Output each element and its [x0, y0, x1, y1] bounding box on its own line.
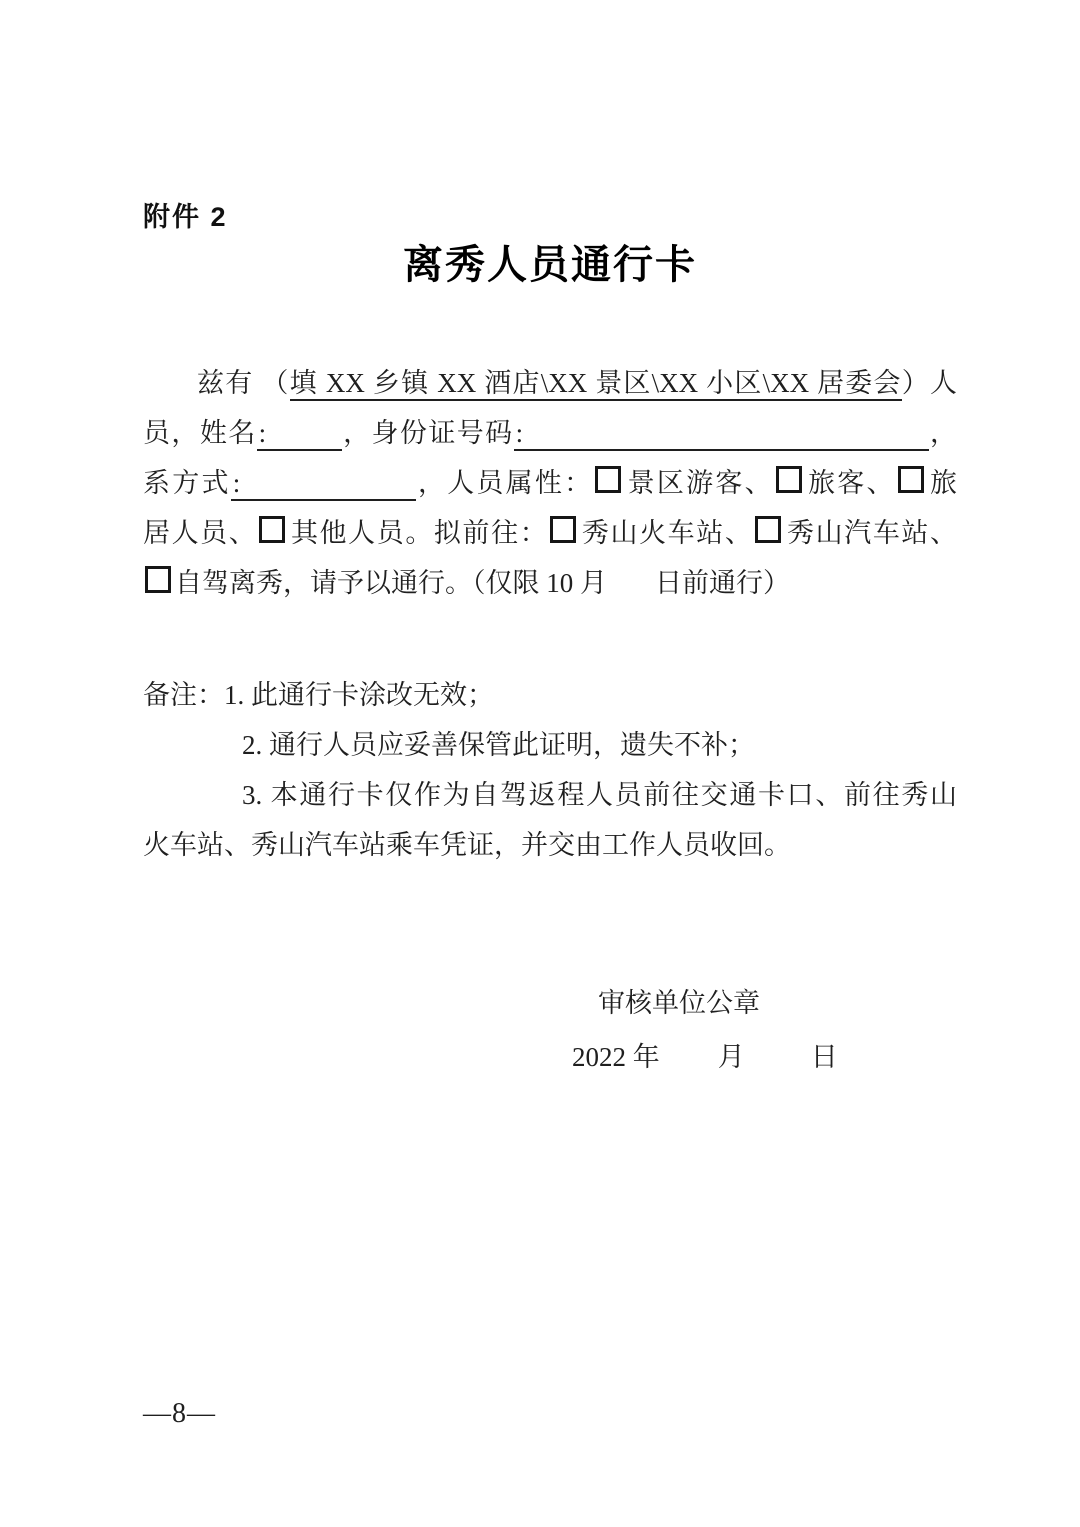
text-run: 秀山汽车站、: [785, 518, 957, 548]
text-run: 2022 年: [572, 1042, 660, 1072]
note-text-line: 2. 通行人员应妥善保管此证明，遗失不补；: [143, 720, 957, 770]
blank-space: [745, 1064, 811, 1066]
text-run: ，身份证号码: [342, 418, 514, 448]
note-text-line: 火车站、秀山汽车站乘车凭证，并交由工作人员收回。: [143, 820, 957, 870]
id-number-blank: :: [514, 418, 929, 451]
text-run: 系方式: [143, 468, 231, 498]
blank-space: [607, 590, 655, 592]
page-number: —8—: [143, 1398, 216, 1430]
form-paragraph: 兹有 （填 XX 乡镇 XX 酒店\XX 景区\XX 小区\XX 居委会）人员，…: [143, 358, 957, 608]
text-run: 员，姓名: [143, 418, 257, 448]
text-run: 其他人员。拟前往：: [289, 518, 548, 548]
text-run: 秀山火车站、: [580, 518, 753, 548]
signature-block: 审核单位公章2022 年月日: [143, 976, 957, 1084]
signature-text-line: 2022 年月日: [143, 1030, 957, 1084]
contact-blank: :: [231, 468, 416, 501]
text-run: 自驾离秀，请予以通行。（仅限 10 月: [175, 568, 607, 598]
checkbox-icon: [755, 516, 781, 543]
form-text-line: 系方式:，人员属性：景区游客、旅客、旅: [143, 458, 957, 508]
text-run: 居人员、: [143, 518, 257, 548]
text-run: 旅: [928, 468, 957, 498]
text-run: 备注：1. 此通行卡涂改无效；: [143, 680, 494, 710]
text-run: 景区游客、: [625, 468, 773, 498]
checkbox-icon: [776, 466, 802, 493]
form-text-line: 自驾离秀，请予以通行。（仅限 10 月日前通行）: [143, 558, 957, 608]
text-run: 3. 本通行卡仅作为自驾返程人员前往交通卡口、前往秀山: [242, 780, 957, 810]
checkbox-icon: [145, 566, 171, 593]
text-run: 审核单位公章: [598, 988, 760, 1018]
text-run: 火车站、秀山汽车站乘车凭证，并交由工作人员收回。: [143, 830, 791, 860]
form-text-line: 员，姓名:，身份证号码:，联: [143, 408, 957, 458]
checkbox-icon: [898, 466, 924, 493]
attachment-label: 附件 2: [143, 203, 957, 231]
text-run: ，人员属性：: [416, 468, 594, 498]
checkbox-icon: [259, 516, 285, 543]
name-blank: :: [257, 418, 342, 451]
text-run: 日: [811, 1042, 838, 1072]
note-text-line: 备注：1. 此通行卡涂改无效；: [143, 670, 957, 720]
text-run: 2. 通行人员应妥善保管此证明，遗失不补；: [242, 730, 755, 760]
note-text-line: 3. 本通行卡仅作为自驾返程人员前往交通卡口、前往秀山: [143, 770, 957, 820]
text-run: 月: [718, 1042, 745, 1072]
document-page: 附件 2 离秀人员通行卡 兹有 （填 XX 乡镇 XX 酒店\XX 景区\XX …: [0, 0, 1080, 1527]
blank-space: [660, 1064, 718, 1066]
page-title: 离秀人员通行卡: [143, 245, 957, 285]
text-run: 旅客、: [806, 468, 896, 498]
form-text-line: 居人员、其他人员。拟前往：秀山火车站、秀山汽车站、: [143, 508, 957, 558]
text-run: 兹有 （: [197, 368, 290, 398]
org-fill-underline: 填 XX 乡镇 XX 酒店\XX 景区\XX 小区\XX 居委会: [290, 368, 902, 401]
form-text-line: 兹有 （填 XX 乡镇 XX 酒店\XX 景区\XX 小区\XX 居委会）人: [143, 358, 957, 408]
text-run: ）人: [902, 368, 957, 398]
notes-section: 备注：1. 此通行卡涂改无效；2. 通行人员应妥善保管此证明，遗失不补；3. 本…: [143, 670, 957, 870]
signature-text-line: 审核单位公章: [143, 976, 957, 1030]
checkbox-icon: [550, 516, 576, 543]
text-run: 日前通行）: [655, 568, 790, 598]
checkbox-icon: [595, 466, 621, 493]
